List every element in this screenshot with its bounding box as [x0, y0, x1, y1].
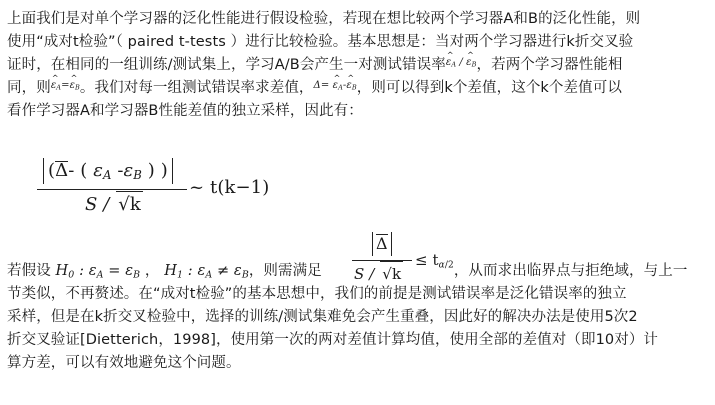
t-statistic-formula: (Δ- ( εA -εB ) ) S / √k ~ t(k−1): [37, 158, 277, 220]
alt-hypothesis-math: H1 : εA ≠ εB: [164, 263, 249, 279]
difference-math: Δ= εA-εB: [314, 80, 357, 91]
text-line: 证时，在相同的一组训练/测试集上，学习A/B会产生一对测试错误率εA / εB，…: [7, 54, 640, 77]
formula-denominator: S / √k: [85, 191, 143, 218]
text-line: 看作学习器A和学习器B性能差值的独立采样，因此有：: [7, 100, 640, 123]
formula-numerator: Δ: [372, 232, 392, 256]
text-line: 节类似，不再赘述。在“成对t检验”的基本思想中，我们的前提是测试错误率是泛化错误…: [7, 283, 687, 306]
text-segment: 若假设: [7, 263, 51, 279]
formula-distribution: ~ t(k−1): [189, 175, 269, 201]
text-segment: ，则可以得到k个差值，这个k个差值可以: [357, 80, 622, 96]
text-segment: ，: [145, 263, 160, 279]
null-hypothesis-math: H0 : εA = εB: [56, 263, 141, 279]
text-segment: 同，则: [7, 80, 51, 96]
text-line: 折交叉验证[Dietterich，1998]，使用第一次的两对差值计算均值，使用…: [7, 329, 687, 352]
text-segment: ，从而求出临界点与拒绝域，与上一: [454, 263, 688, 279]
text-line: 使用“成对t检验”（ paired t-tests ）进行比较检验。基本思想是：…: [7, 31, 640, 54]
error-rate-pair-math: εA / εB: [446, 57, 477, 68]
paragraph-intro: 上面我们是对单个学习器的泛化性能进行假设检验，若现在想比较两个学习器A和B的泛化…: [7, 8, 640, 123]
text-segment: ，则需满足: [249, 263, 322, 279]
text-line: 算方差，可以有效地避免这个问题。: [7, 352, 687, 375]
text-line: 采样，但是在k折交叉检验中，选择的训练/测试集难免会产生重叠，因此好的解决办法是…: [7, 306, 687, 329]
equal-error-math: εA=εB: [51, 80, 80, 91]
text-segment: 。我们对每一组测试错误率求差值，: [80, 80, 314, 96]
text-line: 若假设 H0 : εA = εB ， H1 : εA ≠ εB，则需满足，从而求…: [7, 260, 687, 283]
paragraph-hypothesis: 若假设 H0 : εA = εB ， H1 : εA ≠ εB，则需满足，从而求…: [7, 260, 687, 375]
formula-numerator: (Δ- ( εA -εB ) ): [43, 158, 173, 184]
text-segment: ，若两个学习器性能相: [477, 57, 623, 73]
text-line: 同，则εA=εB。我们对每一组测试错误率求差值，Δ= εA-εB，则可以得到k个…: [7, 77, 640, 100]
text-line: 上面我们是对单个学习器的泛化性能进行假设检验，若现在想比较两个学习器A和B的泛化…: [7, 8, 640, 31]
